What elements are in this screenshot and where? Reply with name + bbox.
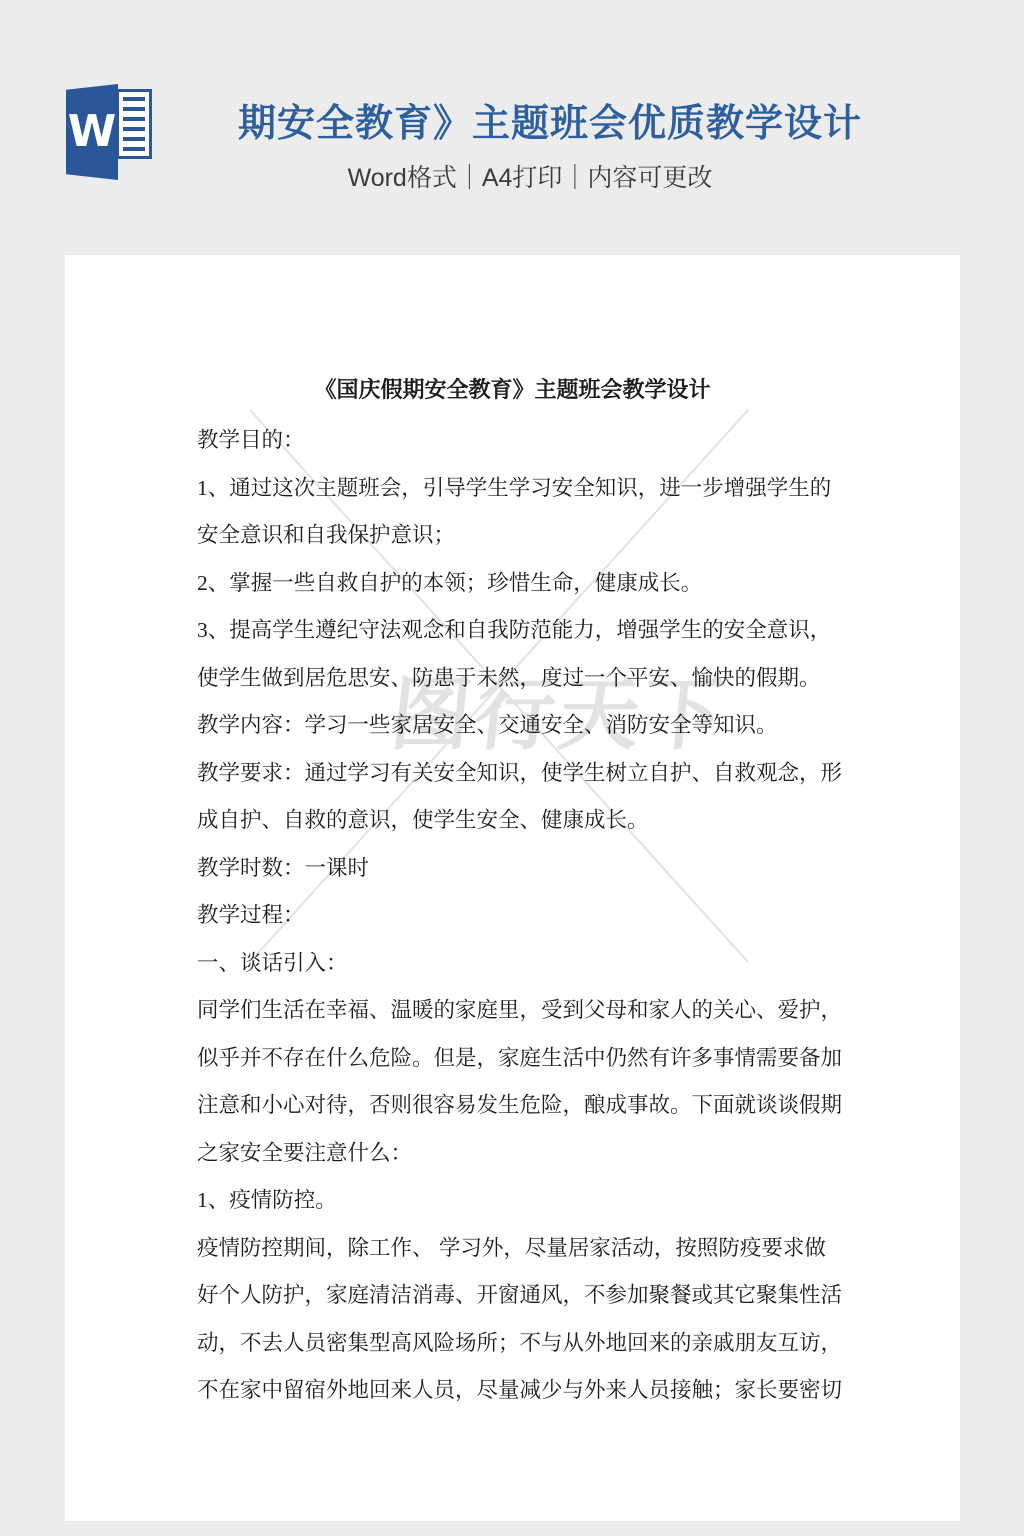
document-body: 教学目的：1、通过这次主题班会，引导学生学习安全知识，进一步增强学生的安全意识和… (197, 417, 837, 1415)
document-preview-page: 图行天下 《国庆假期安全教育》主题班会教学设计 教学目的：1、通过这次主题班会，… (65, 255, 960, 1521)
document-line: 教学内容：学习一些家居安全、交通安全、消防安全等知识。 (197, 702, 837, 750)
document-line: 动，不去人员密集型高风险场所；不与从外地回来的亲戚朋友互访， (197, 1320, 837, 1368)
document-line: 使学生做到居危思安、防患于未然，度过一个平安、愉快的假期。 (197, 655, 837, 703)
document-line: 教学要求：通过学习有关安全知识，使学生树立自护、自救观念，形 (197, 750, 837, 798)
document-line: 安全意识和自我保护意识； (197, 512, 837, 560)
document-title: 《国庆假期安全教育》主题班会教学设计 (65, 366, 960, 414)
document-line: 教学过程： (197, 892, 837, 940)
document-line: 成自护、自救的意识，使学生安全、健康成长。 (197, 797, 837, 845)
document-line: 一、谈话引入： (197, 940, 837, 988)
document-line: 1、疫情防控。 (197, 1177, 837, 1225)
document-line: 3、提高学生遵纪守法观念和自我防范能力，增强学生的安全意识， (197, 607, 837, 655)
document-text-lines-decor (123, 97, 145, 151)
document-line: 似乎并不存在什么危险。但是，家庭生活中仍然有许多事情需要备加 (197, 1035, 837, 1083)
document-line: 不在家中留宿外地回来人员，尽量减少与外来人员接触；家长要密切 (197, 1367, 837, 1415)
document-line: 1、通过这次主题班会，引导学生学习安全知识，进一步增强学生的 (197, 465, 837, 513)
document-line: 2、掌握一些自救自护的本领；珍惜生命，健康成长。 (197, 560, 837, 608)
document-line: 教学时数：一课时 (197, 845, 837, 893)
document-line: 同学们生活在幸福、温暖的家庭里，受到父母和家人的关心、爱护， (197, 987, 837, 1035)
word-letter-panel: W (66, 84, 118, 180)
document-line: 好个人防护，家庭清洁消毒、开窗通风，不参加聚餐或其它聚集性活 (197, 1272, 837, 1320)
document-line: 注意和小心对待，否则很容易发生危险，酿成事故。下面就谈谈假期 (197, 1082, 837, 1130)
word-letter: W (68, 110, 117, 154)
document-line: 之家安全要注意什么： (197, 1130, 837, 1178)
page-subtitle: Word格式｜A4打印｜内容可更改 (150, 158, 910, 194)
page-title: 期安全教育》主题班会优质教学设计 (150, 92, 950, 147)
document-line: 教学目的： (197, 417, 837, 465)
document-line: 疫情防控期间，除工作、 学习外，尽量居家活动，按照防疫要求做 (197, 1225, 837, 1273)
word-document-sheet (116, 89, 152, 159)
header: W 期安全教育》主题班会优质教学设计 Word格式｜A4打印｜内容可更改 (0, 0, 1024, 255)
page: W 期安全教育》主题班会优质教学设计 Word格式｜A4打印｜内容可更改 图行天… (0, 0, 1024, 1536)
